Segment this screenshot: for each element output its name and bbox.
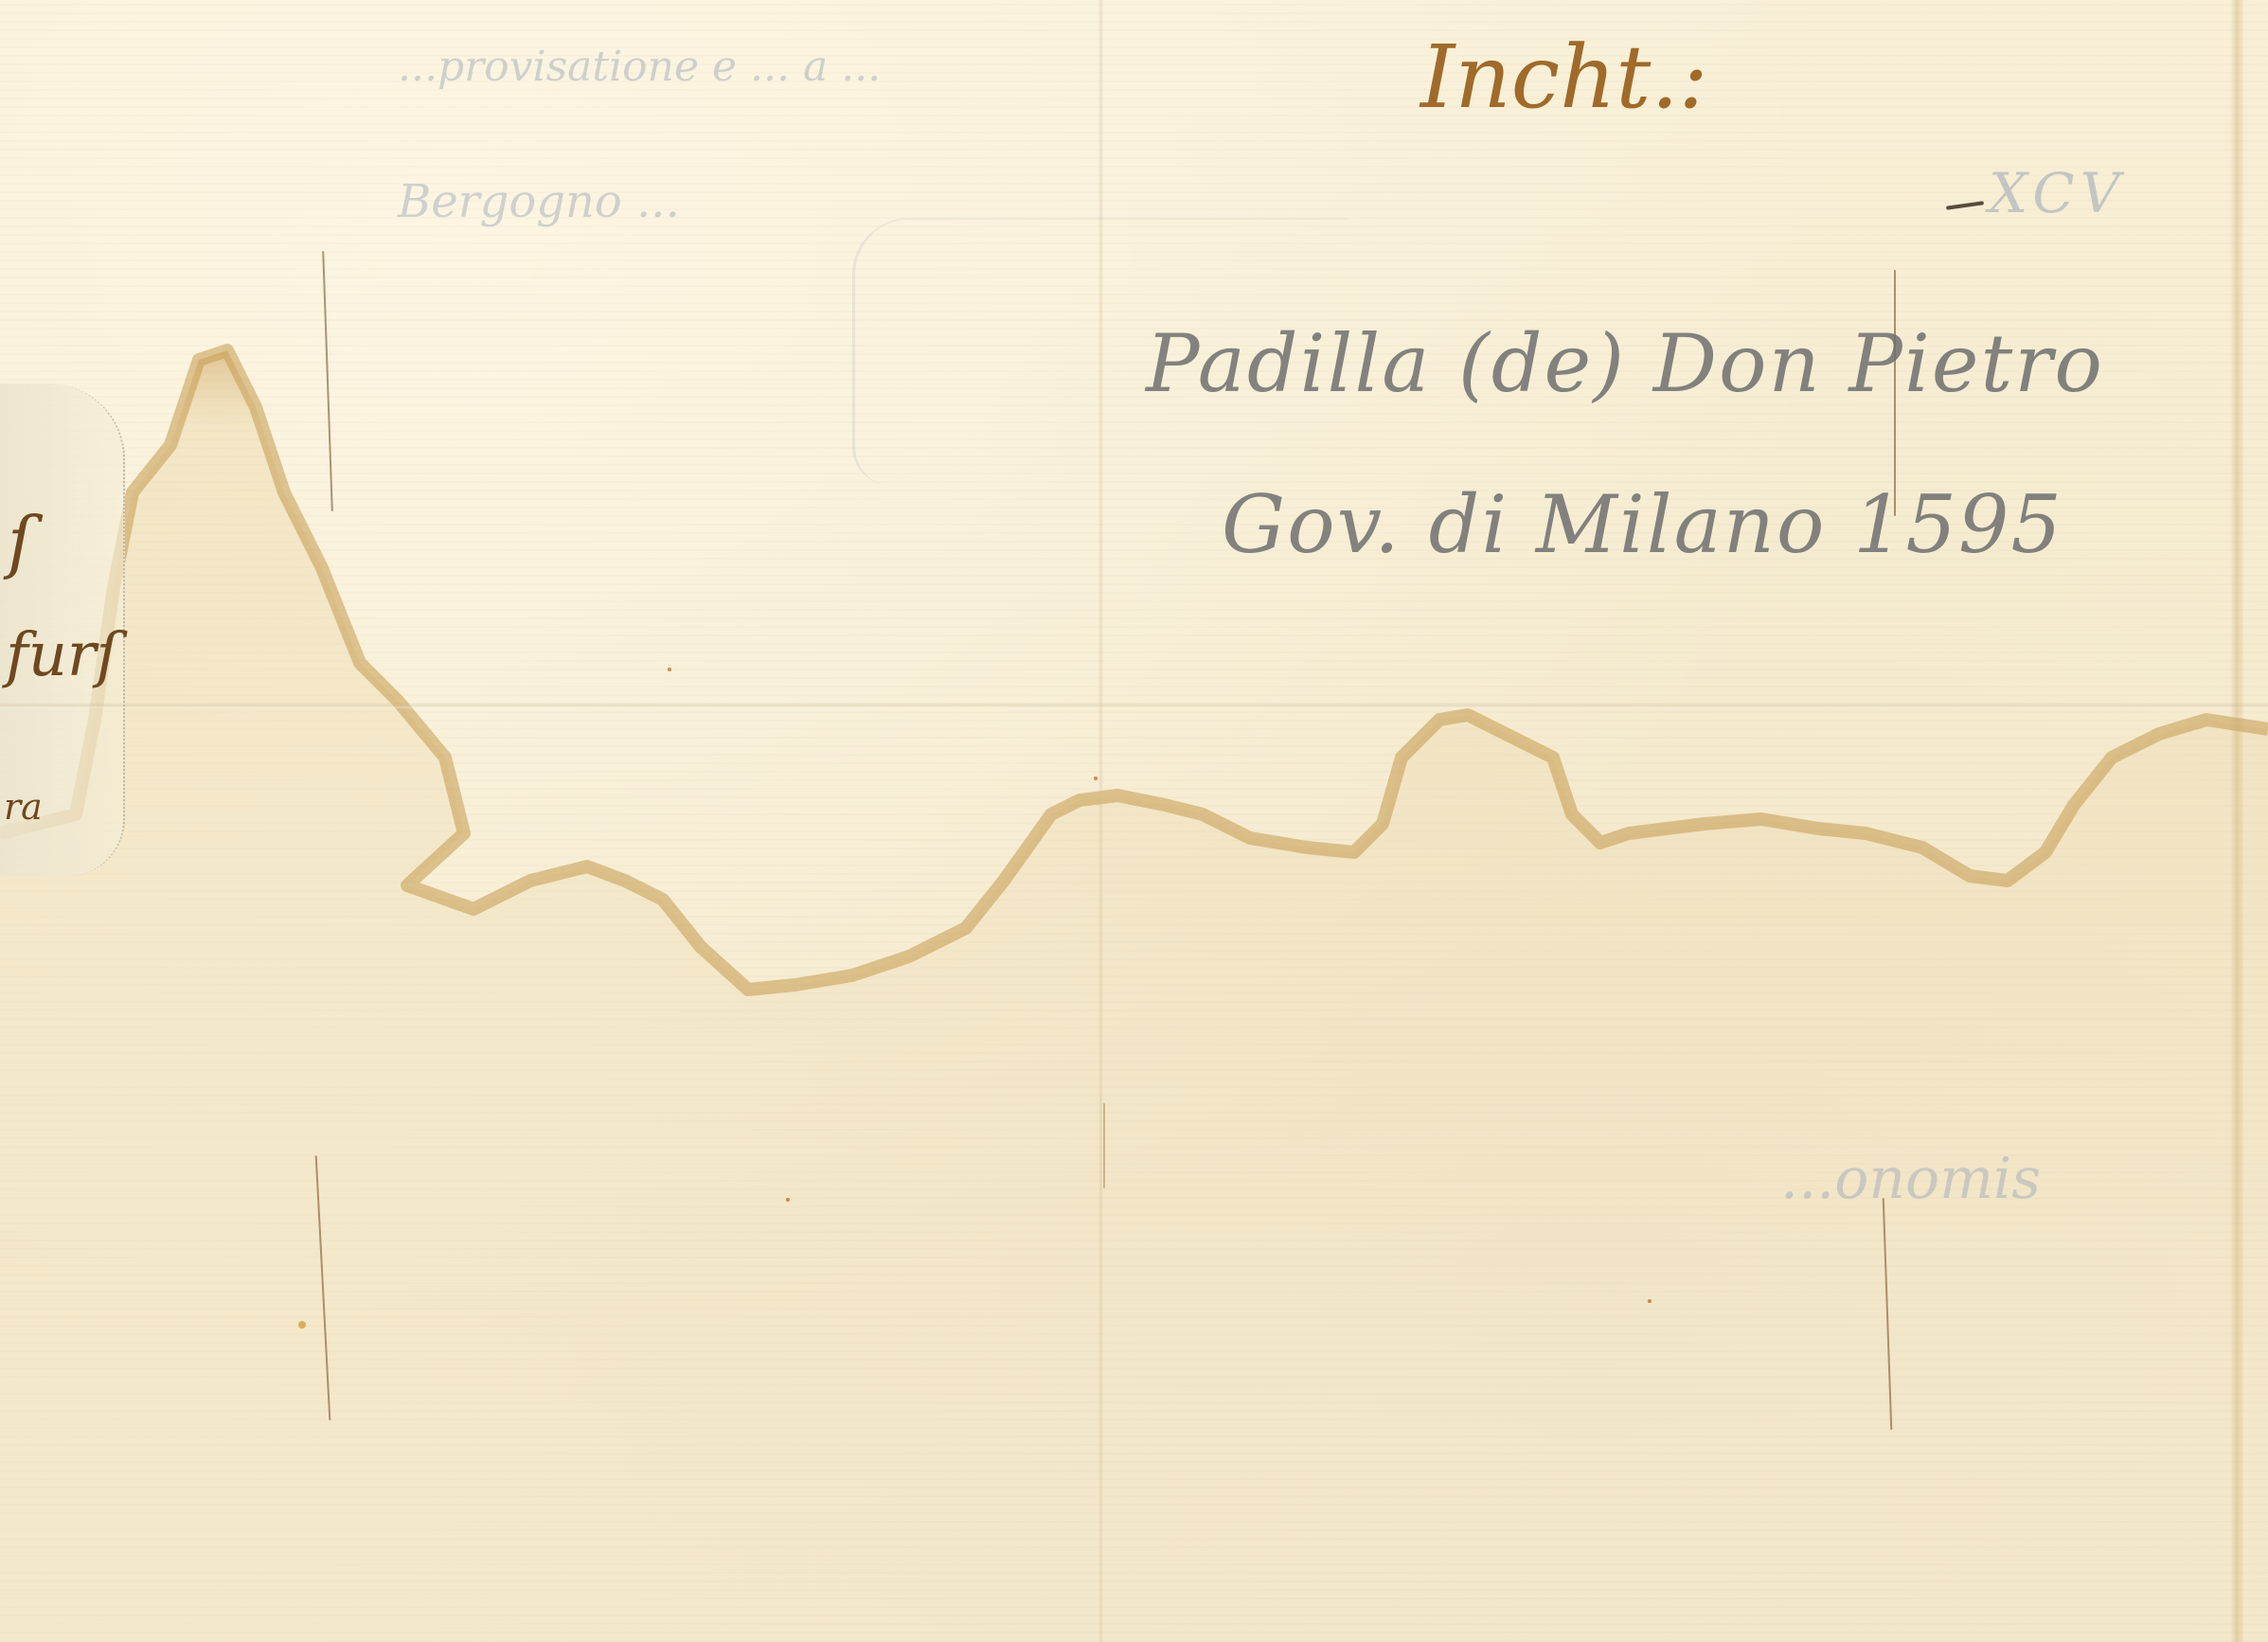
ink-speck: [786, 1198, 790, 1202]
horizontal-fold: [0, 703, 2268, 708]
folio-number: XCV: [1989, 161, 2126, 225]
ink-speck: [298, 1321, 306, 1329]
edge-fragment: ſ: [8, 502, 33, 581]
ink-speck: [1094, 776, 1098, 780]
pencil-note-line-1: Padilla (de) Don Pietro: [1146, 317, 2104, 410]
bleed-through-left-word: Bergogno ...: [398, 175, 680, 228]
right-edge-fold: [2230, 0, 2243, 1642]
edge-fragment: ra: [4, 786, 43, 828]
manuscript-sheet: ...provisatione e ... a ... Bergogno ...…: [0, 0, 2268, 1642]
bleed-through-top-line: ...provisatione e ... a ...: [398, 43, 881, 91]
ink-annotation-top: Incht.:: [1420, 27, 1708, 128]
crease-mark: [1103, 1103, 1105, 1188]
ink-speck: [668, 668, 671, 671]
bleed-through-bottom-right: ...onomis: [1780, 1146, 2041, 1212]
pencil-note-line-2: Gov. di Milano 1595: [1222, 478, 2063, 571]
edge-fragment: furſ: [6, 620, 118, 690]
ink-speck: [1648, 1299, 1652, 1303]
